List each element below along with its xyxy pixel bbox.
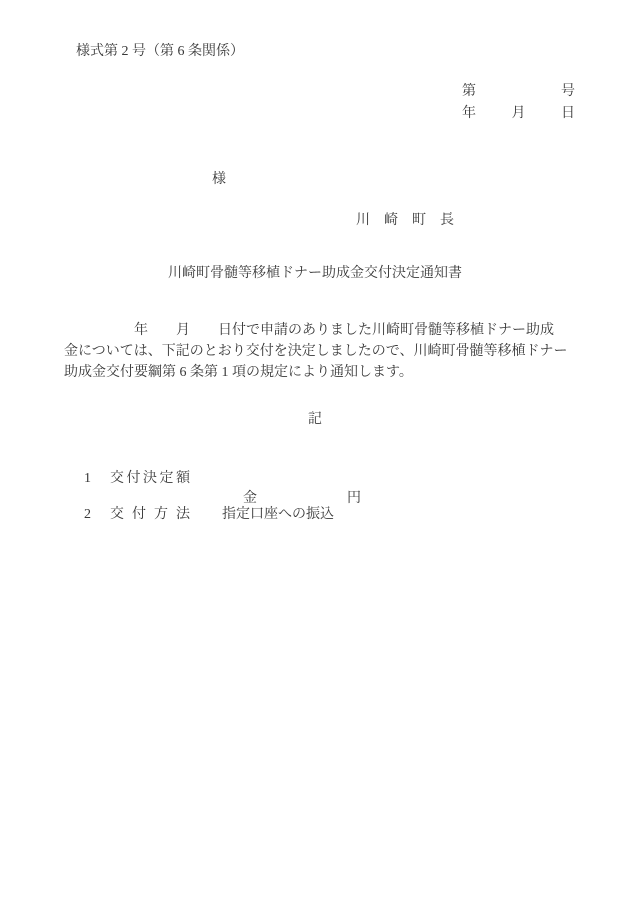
date-day-label: 日: [561, 103, 575, 125]
date-line: 年 月 日: [462, 103, 575, 125]
date-month-label: 月: [512, 103, 526, 125]
body-paragraph: 年 月 日付で申請のありました川崎町骨髄等移植ドナー助成 金については、下記のと…: [64, 320, 604, 383]
payment-method-value: 指定口座への振込: [222, 503, 334, 523]
item-1-number: 1: [84, 471, 110, 487]
sender-title: 川 崎 町 長: [356, 213, 454, 229]
document-page: 様式第 2 号（第 6 条関係） 第 号 年 月 日 様 川 崎 町 長 川崎町…: [0, 0, 630, 903]
document-title: 川崎町骨髄等移植ドナー助成金交付決定通知書: [0, 266, 630, 282]
item-1-label: 交付決定額: [110, 467, 190, 487]
addressee-line: 様: [198, 156, 226, 204]
item-2-number: 2: [84, 507, 110, 523]
doc-number-prefix: 第: [462, 81, 476, 103]
body-line-2: 金については、下記のとおり交付を決定しましたので、川崎町骨髄等移植ドナー: [64, 341, 604, 362]
record-marker: 記: [0, 412, 630, 428]
item-2-label: 交付方法: [110, 503, 190, 523]
addressee-honorific: 様: [212, 172, 226, 187]
form-number-label: 様式第 2 号（第 6 条関係）: [76, 44, 244, 60]
reference-block: 第 号 年 月 日: [462, 81, 575, 125]
body-line-3: 助成金交付要綱第 6 条第 1 項の規定により通知します。: [64, 362, 604, 383]
doc-number-line: 第 号: [462, 81, 575, 103]
date-year-label: 年: [462, 103, 476, 125]
body-line-1: 年 月 日付で申請のありました川崎町骨髄等移植ドナー助成: [64, 320, 604, 341]
item-payment-method: 2 交付方法 指定口座への振込: [84, 503, 334, 523]
amount-suffix: 円: [347, 491, 361, 506]
doc-number-suffix: 号: [561, 81, 575, 103]
